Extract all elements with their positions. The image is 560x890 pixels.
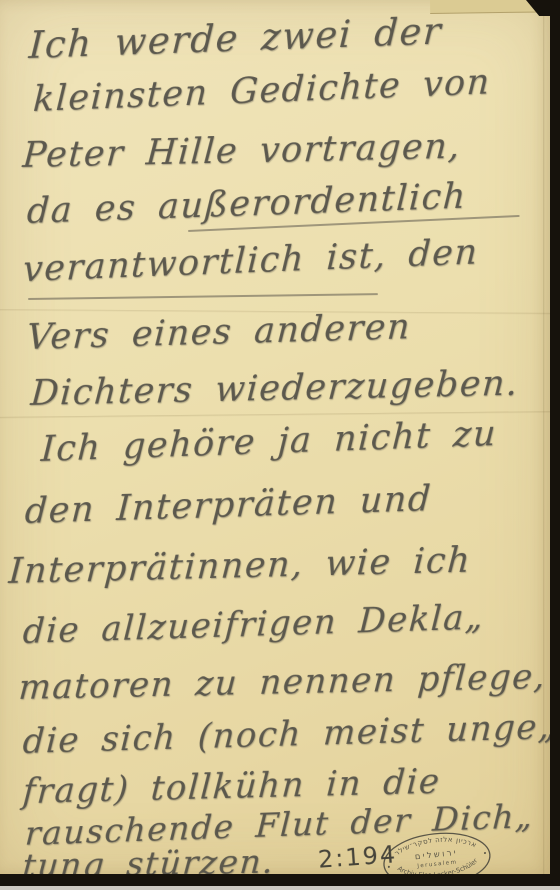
stamp-dot (484, 852, 486, 854)
manuscript-line: den Interpräten und (24, 479, 433, 532)
manuscript-page: Ich werde zwei der kleinsten Gedichte vo… (0, 0, 550, 874)
manuscript-line: die allzueifrigen Dekla„ (22, 598, 485, 653)
scanned-document: Ich werde zwei der kleinsten Gedichte vo… (0, 0, 560, 890)
manuscript-line: da es außerordentlich (26, 177, 468, 232)
manuscript-line: die sich (noch meist unge„ (22, 707, 559, 762)
manuscript-line: Ich werde zwei der (28, 10, 443, 68)
manuscript-line: Interprätinnen, wie ich (7, 541, 472, 592)
photo-edge-bottom (0, 874, 560, 886)
stamp-dot (388, 866, 390, 868)
manuscript-line: Vers eines anderen (26, 307, 413, 358)
scanner-background-strip (0, 886, 560, 890)
manuscript-line: matoren zu nennen pflege, (17, 657, 547, 708)
stamp-city-latin: Jerusalem (416, 859, 458, 869)
pencil-underline (28, 293, 378, 300)
photo-edge-right (550, 0, 560, 874)
manuscript-line: Ich gehöre ja nicht zu (40, 414, 498, 470)
manuscript-line: verantwortlich ist, den (22, 233, 479, 291)
manuscript-line: Peter Hille vortragen, (21, 127, 462, 176)
manuscript-line: Dichters wiederzugeben. (29, 364, 520, 414)
manuscript-line: kleinsten Gedichte von (32, 62, 492, 120)
